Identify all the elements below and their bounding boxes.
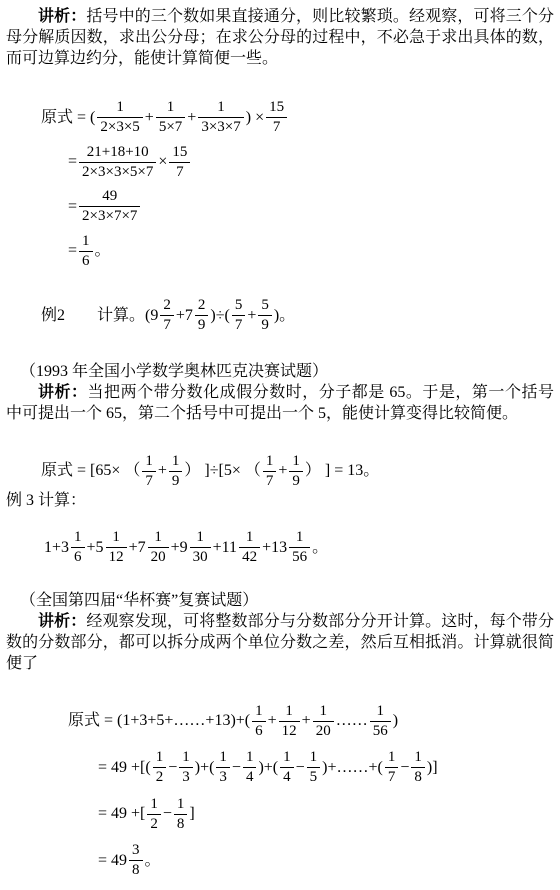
math-fraction: 120 (148, 529, 169, 567)
math-fraction: 16 (79, 233, 93, 271)
math-fraction: 59 (258, 297, 272, 335)
fraction-denominator: 9 (169, 472, 183, 490)
fraction-numerator: 15 (266, 99, 287, 118)
math-fraction: 156 (289, 529, 310, 567)
math-text: = 49 +[( (98, 760, 151, 776)
math-fraction: 12×3×5 (97, 99, 142, 137)
math-text: 原式 = ( (41, 110, 95, 126)
math-fraction: 27 (160, 297, 174, 335)
math-text: − (296, 760, 305, 776)
fraction-denominator: 2×3×5 (97, 118, 142, 136)
fraction-numerator: 1 (313, 703, 334, 722)
math-fraction: 112 (279, 703, 300, 741)
fraction-denominator: 12 (279, 722, 300, 740)
math-fraction: 112 (106, 529, 127, 567)
math-text: ） ] = 13。 (305, 463, 379, 479)
math-text: ) × (246, 110, 264, 126)
fraction-denominator: 8 (129, 861, 143, 879)
math-fraction: 12 (147, 796, 161, 834)
fraction-numerator: 1 (198, 99, 243, 118)
fraction-denominator: 8 (174, 815, 188, 833)
math-text: = 49 (98, 853, 127, 869)
fraction-numerator: 1 (307, 749, 321, 768)
math-text: )÷( (210, 308, 229, 324)
formula3-line1: 原式 = (1+3+5+……+13)+(16+112+120……156) (68, 703, 554, 741)
fraction-numerator: 1 (142, 453, 156, 472)
math-text: = (68, 243, 77, 259)
math-text: 。 (312, 540, 328, 556)
math-text: +5 (87, 540, 104, 556)
formula1-line4: =16。 (68, 233, 554, 271)
fraction-denominator: 6 (79, 252, 93, 270)
fraction-numerator: 5 (232, 297, 246, 316)
math-fraction: 130 (190, 529, 211, 567)
math-text: +7 (176, 308, 193, 324)
fraction-denominator: 2 (153, 768, 167, 786)
fraction-numerator: 1 (243, 749, 257, 768)
fraction-denominator: 5 (307, 768, 321, 786)
math-text: …… (336, 713, 368, 729)
math-text: )+……+( (322, 760, 383, 776)
fraction-numerator: 1 (289, 529, 310, 548)
fraction-denominator: 20 (148, 548, 169, 566)
problem-source-1: （1993 年全国小学数学奥林匹克决赛试题） (20, 362, 554, 382)
math-text: )。 (274, 308, 295, 324)
math-fraction: 13 (216, 749, 230, 787)
example2-line: 例2 计算。(927+729)÷(57+59)。 (41, 297, 554, 335)
fraction-numerator: 1 (216, 749, 230, 768)
fraction-denominator: 20 (313, 722, 334, 740)
fraction-numerator: 1 (174, 796, 188, 815)
fraction-numerator: 1 (385, 749, 399, 768)
analysis-text-2: 当把两个带分数化成假分数时，分子都是 65。于是，第一个括号中可提出一个 65，… (6, 384, 554, 422)
math-fraction: 18 (174, 796, 188, 834)
math-fraction: 18 (411, 749, 425, 787)
math-text: 例2 计算。(9 (41, 308, 158, 324)
fraction-numerator: 2 (160, 297, 174, 316)
fraction-denominator: 4 (243, 768, 257, 786)
fraction-denominator: 3 (216, 768, 230, 786)
fraction-denominator: 3×3×7 (198, 118, 243, 136)
math-fraction: 15 (307, 749, 321, 787)
math-text: = (68, 154, 77, 170)
math-text: = (68, 199, 77, 215)
math-text: − (163, 806, 172, 822)
fraction-denominator: 7 (266, 118, 287, 136)
fraction-denominator: 42 (239, 548, 260, 566)
math-text: ] (189, 806, 194, 822)
fraction-denominator: 7 (169, 163, 190, 181)
fraction-denominator: 56 (370, 722, 391, 740)
math-text: +9 (171, 540, 188, 556)
analysis-paragraph-1: 讲析：括号中的三个数如果直接通分，则比较繁琐。经观察，可将三个分母分解质因数，求… (6, 6, 554, 69)
math-text: + (158, 463, 167, 479)
fraction-denominator: 6 (71, 548, 85, 566)
fraction-numerator: 1 (239, 529, 260, 548)
math-text: = 49 +[ (98, 806, 145, 822)
math-text: + (278, 463, 287, 479)
fraction-denominator: 2×3×7×7 (79, 207, 140, 225)
fraction-numerator: 1 (97, 99, 142, 118)
analysis-text-3: 经观察发现，可将整数部分与分数部分分开计算。这时，每个带分数的分数部分，都可以拆… (6, 613, 554, 672)
math-text: + (268, 713, 277, 729)
fraction-numerator: 1 (71, 529, 85, 548)
fraction-denominator: 56 (289, 548, 310, 566)
fraction-numerator: 1 (190, 529, 211, 548)
fraction-numerator: 1 (106, 529, 127, 548)
math-text: +13 (262, 540, 287, 556)
fraction-numerator: 1 (280, 749, 294, 768)
fraction-denominator: 7 (385, 768, 399, 786)
fraction-denominator: 12 (106, 548, 127, 566)
math-text: )+( (258, 760, 278, 776)
math-text: )+( (195, 760, 215, 776)
fraction-numerator: 1 (147, 796, 161, 815)
math-text: − (400, 760, 409, 776)
fraction-numerator: 1 (289, 453, 303, 472)
fraction-denominator: 5×7 (156, 118, 185, 136)
example3-expression: 1+316+5112+7120+9130+11142+13156。 (44, 529, 554, 567)
math-fraction: 15×7 (156, 99, 185, 137)
fraction-denominator: 9 (195, 316, 209, 334)
math-text: 1+3 (44, 540, 69, 556)
math-fraction: 16 (252, 703, 266, 741)
math-fraction: 12 (153, 749, 167, 787)
analysis-label-2: 讲析： (38, 384, 88, 401)
math-fraction: 14 (243, 749, 257, 787)
math-fraction: 157 (266, 99, 287, 137)
fraction-denominator: 6 (252, 722, 266, 740)
fraction-denominator: 7 (232, 316, 246, 334)
math-text: − (168, 760, 177, 776)
math-fraction: 120 (313, 703, 334, 741)
analysis-paragraph-3: 讲析：经观察发现，可将整数部分与分数部分分开计算。这时，每个带分数的分数部分，都… (6, 611, 554, 674)
fraction-denominator: 7 (160, 316, 174, 334)
math-fraction: 17 (263, 453, 277, 491)
fraction-numerator: 15 (169, 144, 190, 163)
fraction-numerator: 1 (169, 453, 183, 472)
formula1-line3: =492×3×7×7 (68, 188, 554, 226)
math-text: × (158, 154, 167, 170)
analysis-paragraph-2: 讲析：当把两个带分数化成假分数时，分子都是 65。于是，第一个括号中可提出一个 … (6, 382, 554, 424)
math-fraction: 157 (169, 144, 190, 182)
math-fraction: 19 (289, 453, 303, 491)
fraction-numerator: 1 (156, 99, 185, 118)
fraction-numerator: 1 (179, 749, 193, 768)
fraction-denominator: 3 (179, 768, 193, 786)
fraction-numerator: 1 (263, 453, 277, 472)
math-text: ) (393, 713, 398, 729)
math-text: 。 (95, 243, 111, 259)
fraction-denominator: 4 (280, 768, 294, 786)
fraction-denominator: 2 (147, 815, 161, 833)
formula3-line3: = 49 +[12−18] (98, 796, 554, 834)
math-fraction: 19 (169, 453, 183, 491)
fraction-denominator: 2×3×3×5×7 (79, 163, 156, 181)
fraction-numerator: 1 (411, 749, 425, 768)
math-text: ） ]÷[5× （ (184, 463, 260, 479)
fraction-numerator: 1 (370, 703, 391, 722)
formula2-line: 原式 = [65× （17+19） ]÷[5× （17+19） ] = 13。 (41, 453, 554, 491)
fraction-denominator: 30 (190, 548, 211, 566)
math-text: − (232, 760, 241, 776)
math-text: 原式 = [65× （ (41, 463, 140, 479)
fraction-denominator: 7 (263, 472, 277, 490)
math-fraction: 156 (370, 703, 391, 741)
analysis-text-1: 括号中的三个数如果直接通分，则比较繁琐。经观察，可将三个分母分解质因数，求出公分… (6, 8, 554, 67)
math-text: + (145, 110, 154, 126)
fraction-denominator: 8 (411, 768, 425, 786)
fraction-numerator: 21+18+10 (79, 144, 156, 163)
math-text: )] (427, 760, 438, 776)
example3-heading: 例 3 计算： (6, 490, 554, 511)
fraction-numerator: 5 (258, 297, 272, 316)
math-fraction: 21+18+102×3×3×5×7 (79, 144, 156, 182)
math-text: +11 (213, 540, 237, 556)
fraction-denominator: 9 (258, 316, 272, 334)
math-fraction: 57 (232, 297, 246, 335)
math-fraction: 38 (129, 842, 143, 880)
formula3-line4: = 4938。 (98, 842, 554, 880)
math-text: + (247, 308, 256, 324)
fraction-denominator: 9 (289, 472, 303, 490)
problem-source-2: （全国第四届“华杯赛”复赛试题） (20, 591, 554, 611)
math-fraction: 17 (385, 749, 399, 787)
math-fraction: 17 (142, 453, 156, 491)
math-text: + (187, 110, 196, 126)
math-text: 。 (145, 853, 161, 869)
fraction-numerator: 1 (153, 749, 167, 768)
math-fraction: 29 (195, 297, 209, 335)
fraction-numerator: 3 (129, 842, 143, 861)
document-page: 讲析：括号中的三个数如果直接通分，则比较繁琐。经观察，可将三个分母分解质因数，求… (0, 0, 560, 890)
formula1-line2: =21+18+102×3×3×5×7×157 (68, 144, 554, 182)
fraction-numerator: 1 (79, 233, 93, 252)
math-fraction: 13 (179, 749, 193, 787)
math-fraction: 142 (239, 529, 260, 567)
analysis-label-1: 讲析： (38, 8, 86, 25)
math-fraction: 492×3×7×7 (79, 188, 140, 226)
math-text: +7 (129, 540, 146, 556)
fraction-numerator: 1 (279, 703, 300, 722)
fraction-denominator: 7 (142, 472, 156, 490)
fraction-numerator: 49 (79, 188, 140, 207)
analysis-label-3: 讲析： (38, 613, 86, 630)
math-text: 原式 = (1+3+5+……+13)+( (68, 713, 250, 729)
math-text: + (302, 713, 311, 729)
formula1-line1: 原式 = (12×3×5+15×7+13×3×7) ×157 (41, 99, 554, 137)
math-fraction: 14 (280, 749, 294, 787)
fraction-numerator: 1 (148, 529, 169, 548)
formula3-line2: = 49 +[(12−13)+(13−14)+(14−15)+……+(17−18… (98, 749, 554, 787)
math-fraction: 13×3×7 (198, 99, 243, 137)
math-fraction: 16 (71, 529, 85, 567)
fraction-numerator: 2 (195, 297, 209, 316)
fraction-numerator: 1 (252, 703, 266, 722)
